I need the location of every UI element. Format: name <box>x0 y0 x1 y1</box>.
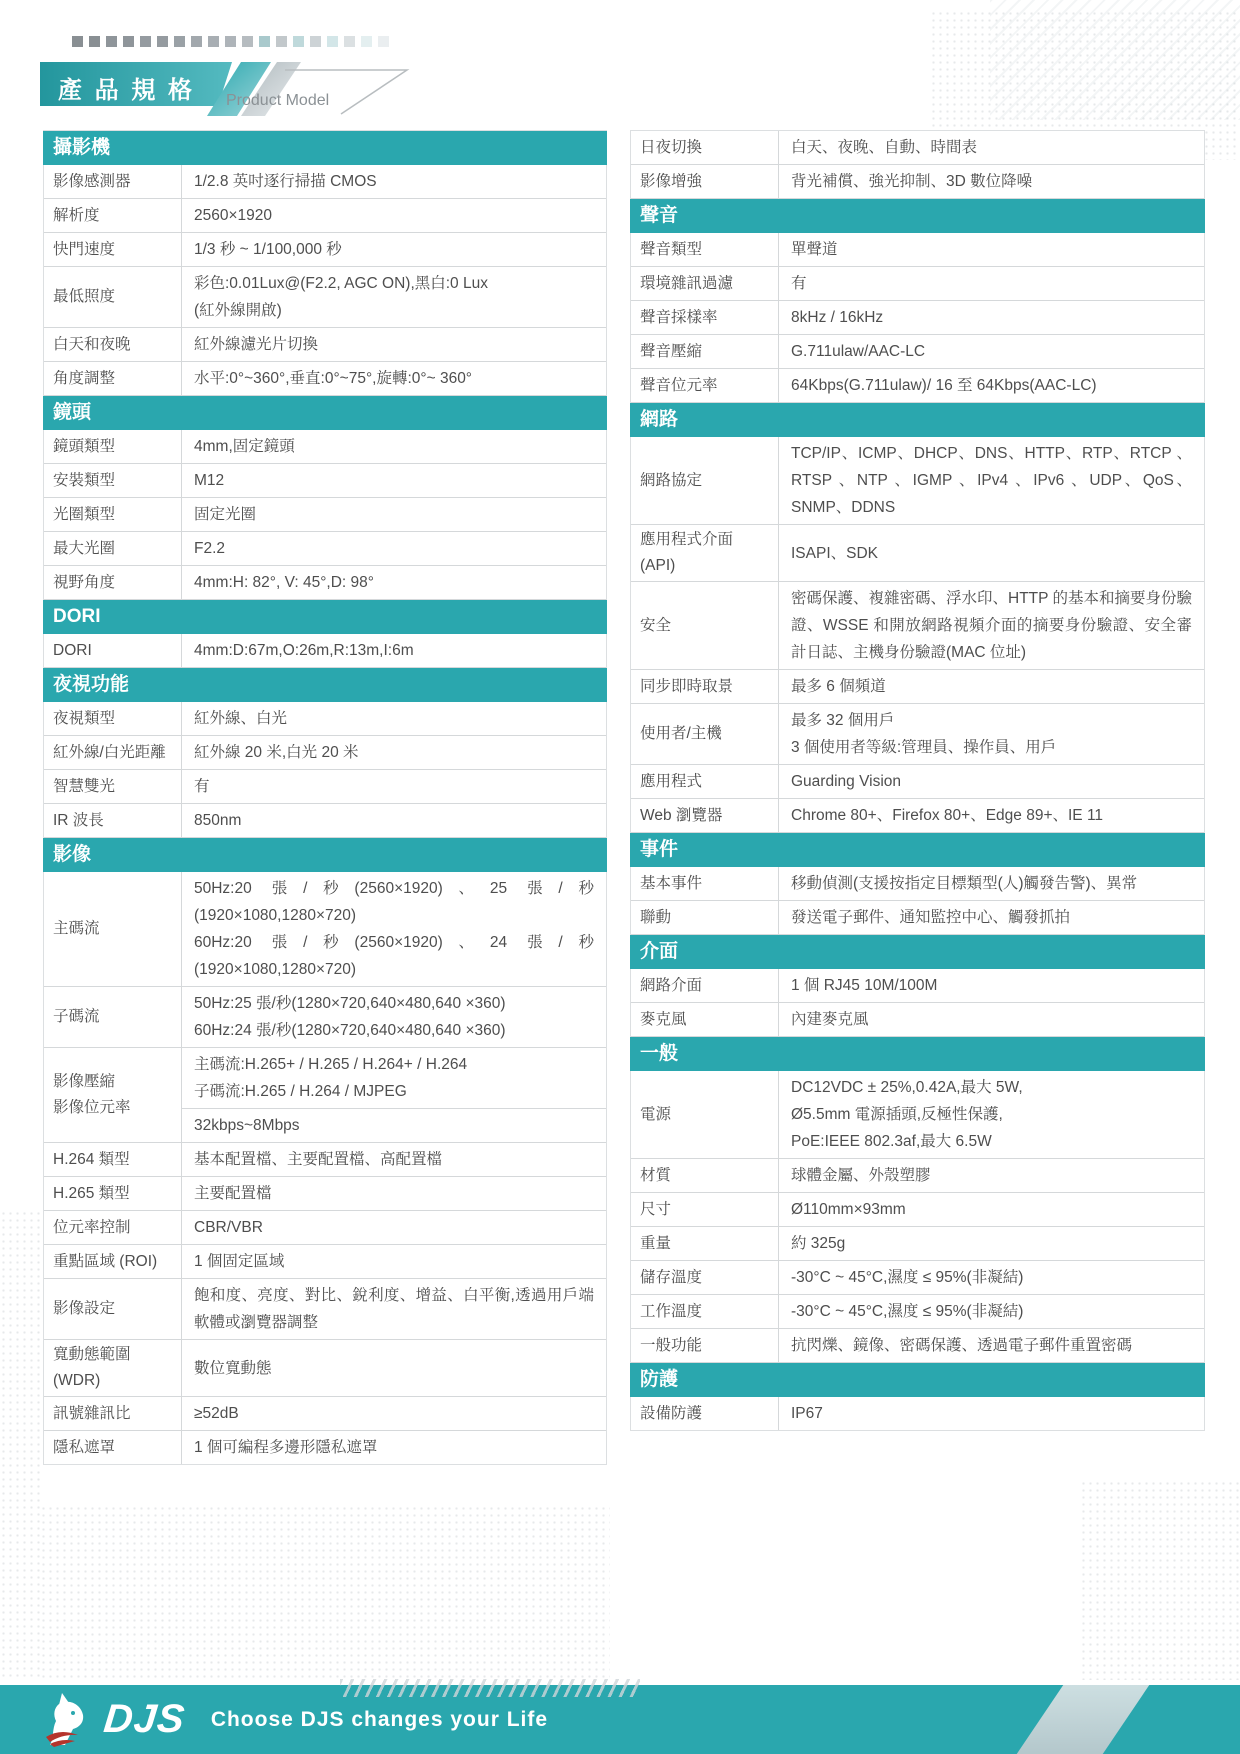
spec-label: 基本事件 <box>631 867 779 900</box>
spec-label: 應用程式 <box>631 765 779 798</box>
spec-sheet-page: 產 品 規 格 Product Model 攝影機影像感測器1/2.8 英吋逐行… <box>0 0 1240 1754</box>
spec-value: 1/2.8 英吋逐行掃描 CMOS <box>182 165 606 198</box>
spec-label: 解析度 <box>44 199 182 232</box>
spec-value: 白天、夜晚、自動、時間表 <box>779 131 1204 164</box>
spec-value-line: 固定光圈 <box>194 501 594 528</box>
spec-value-block: DC12VDC ± 25%,0.42A,最大 5W,Ø5.5mm 電源插頭,反極… <box>779 1071 1204 1158</box>
spec-value-block: 水平:0°~360°,垂直:0°~75°,旋轉:0°~ 360° <box>182 362 606 395</box>
spec-row: 子碼流50Hz:25 張/秒(1280×720,640×480,640 ×360… <box>44 987 606 1048</box>
section-header: DORI <box>43 600 607 634</box>
spec-value: 50Hz:25 張/秒(1280×720,640×480,640 ×360)60… <box>182 987 606 1047</box>
spec-value: DC12VDC ± 25%,0.42A,最大 5W,Ø5.5mm 電源插頭,反極… <box>779 1071 1204 1158</box>
spec-value-block: M12 <box>182 464 606 497</box>
section-header: 防護 <box>630 1363 1205 1397</box>
decor-square <box>378 36 389 47</box>
spec-row: 最大光圈F2.2 <box>44 532 606 566</box>
spec-row: 材質球體金屬、外殼塑膠 <box>631 1159 1204 1193</box>
spec-row: IR 波長850nm <box>44 804 606 838</box>
spec-value-line: 4mm,固定鏡頭 <box>194 433 594 460</box>
decor-square <box>157 36 168 47</box>
section-header: 攝影機 <box>43 131 607 165</box>
decor-square <box>327 36 338 47</box>
spec-label: 最大光圈 <box>44 532 182 565</box>
spec-label: 位元率控制 <box>44 1211 182 1244</box>
spec-value: 64Kbps(G.711ulaw)/ 16 至 64Kbps(AAC-LC) <box>779 369 1204 402</box>
spec-value-block: 密碼保護、複雜密碼、浮水印、HTTP 的基本和摘要身份驗證、WSSE 和開放網路… <box>779 582 1204 669</box>
spec-value: 有 <box>182 770 606 803</box>
spec-value-line: 彩色:0.01Lux@(F2.2, AGC ON),黑白:0 Lux <box>194 270 594 297</box>
spec-value-block: F2.2 <box>182 532 606 565</box>
spec-value: 1 個 RJ45 10M/100M <box>779 969 1204 1002</box>
decor-square <box>225 36 236 47</box>
spec-value-block: 有 <box>182 770 606 803</box>
spec-value-line: DC12VDC ± 25%,0.42A,最大 5W, <box>791 1074 1192 1101</box>
spec-label: 角度調整 <box>44 362 182 395</box>
spec-value-block: -30°C ~ 45°C,濕度 ≤ 95%(非凝結) <box>779 1261 1204 1294</box>
spec-value-line: 4mm:H: 82°, V: 45°,D: 98° <box>194 569 594 596</box>
spec-value-line: CBR/VBR <box>194 1214 594 1241</box>
spec-value-line: 主要配置檔 <box>194 1180 594 1207</box>
spec-value: 彩色:0.01Lux@(F2.2, AGC ON),黑白:0 Lux(紅外線開啟… <box>182 267 606 327</box>
spec-row: 寬動態範圍 (WDR)數位寬動態 <box>44 1340 606 1397</box>
decor-square <box>293 36 304 47</box>
spec-row: 設備防護IP67 <box>631 1397 1204 1430</box>
spec-value-line: TCP/IP、ICMP、DHCP、DNS、HTTP、RTP、RTCP 、RTSP… <box>791 440 1192 521</box>
spec-value-block: 紅外線濾光片切換 <box>182 328 606 361</box>
spec-label: 日夜切換 <box>631 131 779 164</box>
spec-value: 2560×1920 <box>182 199 606 232</box>
spec-label: 聲音壓縮 <box>631 335 779 368</box>
spec-row: 主碼流50Hz:20 張/秒(2560×1920)、25 張/秒(1920×10… <box>44 872 606 987</box>
spec-value-line: 1/2.8 英吋逐行掃描 CMOS <box>194 168 594 195</box>
spec-value-block: 64Kbps(G.711ulaw)/ 16 至 64Kbps(AAC-LC) <box>779 369 1204 402</box>
spec-row: 聯動發送電子郵件、通知監控中心、觸發抓拍 <box>631 901 1204 935</box>
spec-label: 鏡頭類型 <box>44 430 182 463</box>
spec-value-line: 飽和度、亮度、對比、銳利度、增益、白平衡,透過用戶端軟體或瀏覽器調整 <box>194 1282 594 1336</box>
spec-label: 工作溫度 <box>631 1295 779 1328</box>
spec-value-block: 有 <box>779 267 1204 300</box>
spec-label: 紅外線/白光距離 <box>44 736 182 769</box>
spec-value-line: 50Hz:25 張/秒(1280×720,640×480,640 ×360) <box>194 990 594 1017</box>
spec-value-line: 3 個使用者等級:管理員、操作員、用戶 <box>791 734 1192 761</box>
spec-value-block: CBR/VBR <box>182 1211 606 1244</box>
spec-value-block: Ø110mm×93mm <box>779 1193 1204 1226</box>
spec-row: 基本事件移動偵測(支援按指定目標類型(人)觸發告警)、異常 <box>631 867 1204 901</box>
spec-row: 視野角度4mm:H: 82°, V: 45°,D: 98° <box>44 566 606 600</box>
spec-label: 視野角度 <box>44 566 182 599</box>
spec-label: 影像感測器 <box>44 165 182 198</box>
spec-value-line: 發送電子郵件、通知監控中心、觸發抓拍 <box>791 904 1192 931</box>
spec-row: 日夜切換白天、夜晚、自動、時間表 <box>631 131 1204 165</box>
spec-value-block: 球體金屬、外殼塑膠 <box>779 1159 1204 1192</box>
spec-value-block: 8kHz / 16kHz <box>779 301 1204 334</box>
spec-label: 麥克風 <box>631 1003 779 1036</box>
spec-label: 白天和夜晚 <box>44 328 182 361</box>
spec-value: 密碼保護、複雜密碼、浮水印、HTTP 的基本和摘要身份驗證、WSSE 和開放網路… <box>779 582 1204 669</box>
spec-label: 聲音採樣率 <box>631 301 779 334</box>
spec-value-line: 紅外線 20 米,白光 20 米 <box>194 739 594 766</box>
section-header: 夜視功能 <box>43 668 607 702</box>
spec-label: 最低照度 <box>44 267 182 327</box>
spec-value-line: 數位寬動態 <box>194 1355 594 1382</box>
section-header: 影像 <box>43 838 607 872</box>
footer-band: DJS Choose DJS changes your Life <box>0 1685 1240 1754</box>
spec-label: 重量 <box>631 1227 779 1260</box>
djs-unicorn-logo-icon <box>42 1691 98 1749</box>
spec-value: 數位寬動態 <box>182 1340 606 1396</box>
spec-value: 4mm,固定鏡頭 <box>182 430 606 463</box>
spec-value-block: 發送電子郵件、通知監控中心、觸發抓拍 <box>779 901 1204 934</box>
spec-value-line: Chrome 80+、Firefox 80+、Edge 89+、IE 11 <box>791 802 1192 829</box>
spec-value: 單聲道 <box>779 233 1204 266</box>
spec-value-block: 1 個固定區域 <box>182 1245 606 1278</box>
spec-label: 聲音類型 <box>631 233 779 266</box>
spec-row: DORI4mm:D:67m,O:26m,R:13m,I:6m <box>44 634 606 668</box>
background-dot-pattern <box>1080 1480 1240 1680</box>
spec-row: H.265 類型主要配置檔 <box>44 1177 606 1211</box>
spec-value-line: 60Hz:20 張/秒(2560×1920)、24 張/秒(1920×1080,… <box>194 929 594 983</box>
spec-label: 快門速度 <box>44 233 182 266</box>
spec-value-block: 約 325g <box>779 1227 1204 1260</box>
spec-value: 1 個可編程多邊形隱私遮罩 <box>182 1431 606 1464</box>
spec-row: 智慧雙光有 <box>44 770 606 804</box>
spec-value: 基本配置檔、主要配置檔、高配置檔 <box>182 1143 606 1176</box>
decor-square <box>89 36 100 47</box>
spec-value-block: 主要配置檔 <box>182 1177 606 1210</box>
spec-value-block: Guarding Vision <box>779 765 1204 798</box>
spec-value-line: 球體金屬、外殼塑膠 <box>791 1162 1192 1189</box>
section-header: 網路 <box>630 403 1205 437</box>
spec-row: 聲音類型單聲道 <box>631 233 1204 267</box>
spec-value-line: ISAPI、SDK <box>791 540 1192 567</box>
spec-row: 使用者/主機最多 32 個用戶3 個使用者等級:管理員、操作員、用戶 <box>631 704 1204 765</box>
spec-row: 工作溫度-30°C ~ 45°C,濕度 ≤ 95%(非凝結) <box>631 1295 1204 1329</box>
spec-value-block: 1/3 秒 ~ 1/100,000 秒 <box>182 233 606 266</box>
spec-value-line: Guarding Vision <box>791 768 1192 795</box>
spec-value: G.711ulaw/AAC-LC <box>779 335 1204 368</box>
decor-square <box>242 36 253 47</box>
spec-value-block: 4mm:H: 82°, V: 45°,D: 98° <box>182 566 606 599</box>
spec-value-line: 有 <box>791 270 1192 297</box>
brand-wordmark: DJS <box>102 1697 188 1742</box>
spec-value-block: 50Hz:20 張/秒(2560×1920)、25 張/秒(1920×1080,… <box>182 872 606 986</box>
spec-row: 環境雜訊過濾有 <box>631 267 1204 301</box>
spec-value: 飽和度、亮度、對比、銳利度、增益、白平衡,透過用戶端軟體或瀏覽器調整 <box>182 1279 606 1339</box>
spec-value-line: 最多 6 個頻道 <box>791 673 1192 700</box>
spec-value-line: F2.2 <box>194 535 594 562</box>
spec-row: 麥克風內建麥克風 <box>631 1003 1204 1037</box>
spec-value-block: 基本配置檔、主要配置檔、高配置檔 <box>182 1143 606 1176</box>
background-dot-pattern <box>40 1505 610 1680</box>
spec-value-line: G.711ulaw/AAC-LC <box>791 338 1192 365</box>
spec-value: 50Hz:20 張/秒(2560×1920)、25 張/秒(1920×1080,… <box>182 872 606 986</box>
spec-value: 紅外線濾光片切換 <box>182 328 606 361</box>
spec-value-block: TCP/IP、ICMP、DHCP、DNS、HTTP、RTP、RTCP 、RTSP… <box>779 437 1204 524</box>
spec-value-block: 飽和度、亮度、對比、銳利度、增益、白平衡,透過用戶端軟體或瀏覽器調整 <box>182 1279 606 1339</box>
spec-row: 影像設定飽和度、亮度、對比、銳利度、增益、白平衡,透過用戶端軟體或瀏覽器調整 <box>44 1279 606 1340</box>
spec-value-line: 紅外線、白光 <box>194 705 594 732</box>
spec-row: 尺寸Ø110mm×93mm <box>631 1193 1204 1227</box>
spec-value-block: IP67 <box>779 1397 1204 1430</box>
decor-square <box>174 36 185 47</box>
spec-value-block: 單聲道 <box>779 233 1204 266</box>
spec-row: 重點區域 (ROI)1 個固定區域 <box>44 1245 606 1279</box>
spec-value-block: 4mm:D:67m,O:26m,R:13m,I:6m <box>182 634 606 667</box>
spec-value-line: 密碼保護、複雜密碼、浮水印、HTTP 的基本和摘要身份驗證、WSSE 和開放網路… <box>791 585 1192 666</box>
footer-tagline: Choose DJS changes your Life <box>211 1708 548 1732</box>
spec-value-line: 2560×1920 <box>194 202 594 229</box>
spec-row: 網路協定TCP/IP、ICMP、DHCP、DNS、HTTP、RTP、RTCP 、… <box>631 437 1204 525</box>
spec-label: 影像壓縮 影像位元率 <box>44 1048 182 1142</box>
spec-value: 紅外線、白光 <box>182 702 606 735</box>
spec-row: 訊號雜訊比≥52dB <box>44 1397 606 1431</box>
spec-value: TCP/IP、ICMP、DHCP、DNS、HTTP、RTP、RTCP 、RTSP… <box>779 437 1204 524</box>
spec-row: H.264 類型基本配置檔、主要配置檔、高配置檔 <box>44 1143 606 1177</box>
spec-value: 移動偵測(支援按指定目標類型(人)觸發告警)、異常 <box>779 867 1204 900</box>
decor-square <box>310 36 321 47</box>
spec-label: 安裝類型 <box>44 464 182 497</box>
spec-value-line: 背光補償、強光抑制、3D 數位降噪 <box>791 168 1192 195</box>
spec-value: 球體金屬、外殼塑膠 <box>779 1159 1204 1192</box>
spec-label: 聯動 <box>631 901 779 934</box>
spec-value-block: 最多 32 個用戶3 個使用者等級:管理員、操作員、用戶 <box>779 704 1204 764</box>
spec-value-line: 單聲道 <box>791 236 1192 263</box>
spec-label: 影像設定 <box>44 1279 182 1339</box>
spec-row: 解析度2560×1920 <box>44 199 606 233</box>
spec-value-line: ≥52dB <box>194 1400 594 1427</box>
footer-diagonal-decor <box>1017 1685 1150 1754</box>
spec-row: 聲音位元率64Kbps(G.711ulaw)/ 16 至 64Kbps(AAC-… <box>631 369 1204 403</box>
spec-value-line: (紅外線開啟) <box>194 297 594 324</box>
spec-value-block: 2560×1920 <box>182 199 606 232</box>
spec-label: 重點區域 (ROI) <box>44 1245 182 1278</box>
spec-label: IR 波長 <box>44 804 182 837</box>
spec-value: 固定光圈 <box>182 498 606 531</box>
spec-value: 抗閃爍、鏡像、密碼保護、透過電子郵件重置密碼 <box>779 1329 1204 1362</box>
spec-value: M12 <box>182 464 606 497</box>
spec-value: 內建麥克風 <box>779 1003 1204 1036</box>
spec-value-block: 移動偵測(支援按指定目標類型(人)觸發告警)、異常 <box>779 867 1204 900</box>
decor-square <box>208 36 219 47</box>
spec-value-line: IP67 <box>791 1400 1192 1427</box>
page-subtitle: Product Model <box>226 92 329 110</box>
spec-value: 4mm:H: 82°, V: 45°,D: 98° <box>182 566 606 599</box>
page-title: 產 品 規 格 <box>58 70 195 105</box>
spec-row: 電源DC12VDC ± 25%,0.42A,最大 5W,Ø5.5mm 電源插頭,… <box>631 1071 1204 1159</box>
spec-label: 寬動態範圍 (WDR) <box>44 1340 182 1396</box>
spec-value: 850nm <box>182 804 606 837</box>
spec-label: 安全 <box>631 582 779 669</box>
spec-row: 一般功能抗閃爍、鏡像、密碼保護、透過電子郵件重置密碼 <box>631 1329 1204 1363</box>
decor-square <box>106 36 117 47</box>
spec-value-line: M12 <box>194 467 594 494</box>
spec-value-line: 基本配置檔、主要配置檔、高配置檔 <box>194 1146 594 1173</box>
spec-value: 8kHz / 16kHz <box>779 301 1204 334</box>
spec-value-line: 1 個固定區域 <box>194 1248 594 1275</box>
spec-value: 1 個固定區域 <box>182 1245 606 1278</box>
section-header: 聲音 <box>630 199 1205 233</box>
spec-value: -30°C ~ 45°C,濕度 ≤ 95%(非凝結) <box>779 1261 1204 1294</box>
spec-label: 電源 <box>631 1071 779 1158</box>
spec-label: 隱私遮罩 <box>44 1431 182 1464</box>
spec-row: 安裝類型M12 <box>44 464 606 498</box>
spec-value: 約 325g <box>779 1227 1204 1260</box>
spec-column-left: 攝影機影像感測器1/2.8 英吋逐行掃描 CMOS解析度2560×1920快門速… <box>43 130 607 1465</box>
spec-value-line: 水平:0°~360°,垂直:0°~75°,旋轉:0°~ 360° <box>194 365 594 392</box>
spec-value-block: 1/2.8 英吋逐行掃描 CMOS <box>182 165 606 198</box>
spec-value: CBR/VBR <box>182 1211 606 1244</box>
spec-label: 應用程式介面 (API) <box>631 525 779 581</box>
spec-value-line: 32kbps~8Mbps <box>194 1112 594 1139</box>
spec-value-line: 移動偵測(支援按指定目標類型(人)觸發告警)、異常 <box>791 870 1192 897</box>
spec-value: 1/3 秒 ~ 1/100,000 秒 <box>182 233 606 266</box>
spec-value-line: 最多 32 個用戶 <box>791 707 1192 734</box>
decor-squares-row <box>72 36 389 47</box>
section-header: 事件 <box>630 833 1205 867</box>
spec-value-line: Ø110mm×93mm <box>791 1196 1192 1223</box>
spec-value-block: 1 個可編程多邊形隱私遮罩 <box>182 1431 606 1464</box>
spec-row: 儲存溫度-30°C ~ 45°C,濕度 ≤ 95%(非凝結) <box>631 1261 1204 1295</box>
background-wave-pattern <box>990 0 1240 120</box>
spec-row: 鏡頭類型4mm,固定鏡頭 <box>44 430 606 464</box>
spec-value-line: 1/3 秒 ~ 1/100,000 秒 <box>194 236 594 263</box>
decor-square <box>259 36 270 47</box>
spec-value-line: 有 <box>194 773 594 800</box>
spec-label: 網路協定 <box>631 437 779 524</box>
spec-value-block: 主碼流:H.265+ / H.265 / H.264+ / H.264子碼流:H… <box>182 1048 606 1108</box>
spec-value-block: 抗閃爍、鏡像、密碼保護、透過電子郵件重置密碼 <box>779 1329 1204 1362</box>
spec-value-block: Chrome 80+、Firefox 80+、Edge 89+、IE 11 <box>779 799 1204 832</box>
spec-label: 尺寸 <box>631 1193 779 1226</box>
spec-row: 位元率控制CBR/VBR <box>44 1211 606 1245</box>
spec-value-block: 數位寬動態 <box>182 1352 606 1385</box>
spec-value: 最多 32 個用戶3 個使用者等級:管理員、操作員、用戶 <box>779 704 1204 764</box>
spec-row: 應用程式Guarding Vision <box>631 765 1204 799</box>
spec-label: 儲存溫度 <box>631 1261 779 1294</box>
spec-value-line: 紅外線濾光片切換 <box>194 331 594 358</box>
spec-value-block: 紅外線 20 米,白光 20 米 <box>182 736 606 769</box>
spec-value: 主碼流:H.265+ / H.265 / H.264+ / H.264子碼流:H… <box>182 1048 606 1142</box>
spec-value-line: 約 325g <box>791 1230 1192 1257</box>
spec-label: 主碼流 <box>44 872 182 986</box>
spec-value-line: PoE:IEEE 802.3af,最大 6.5W <box>791 1128 1192 1155</box>
spec-value-line: 50Hz:20 張/秒(2560×1920)、25 張/秒(1920×1080,… <box>194 875 594 929</box>
spec-label: 夜視類型 <box>44 702 182 735</box>
background-dot-pattern <box>0 1210 42 1680</box>
decor-square <box>276 36 287 47</box>
spec-row: 光圈類型固定光圈 <box>44 498 606 532</box>
decor-square <box>361 36 372 47</box>
spec-value-line: 1 個可編程多邊形隱私遮罩 <box>194 1434 594 1461</box>
spec-label: 智慧雙光 <box>44 770 182 803</box>
spec-value: Guarding Vision <box>779 765 1204 798</box>
spec-value: Ø110mm×93mm <box>779 1193 1204 1226</box>
decor-square <box>72 36 83 47</box>
spec-row: 最低照度彩色:0.01Lux@(F2.2, AGC ON),黑白:0 Lux(紅… <box>44 267 606 328</box>
spec-value-block: 4mm,固定鏡頭 <box>182 430 606 463</box>
spec-label: 子碼流 <box>44 987 182 1047</box>
spec-label: 環境雜訊過濾 <box>631 267 779 300</box>
spec-value-block: ≥52dB <box>182 1397 606 1430</box>
spec-value-block: 1 個 RJ45 10M/100M <box>779 969 1204 1002</box>
spec-value-line: 850nm <box>194 807 594 834</box>
spec-row: 網路介面1 個 RJ45 10M/100M <box>631 969 1204 1003</box>
spec-value: F2.2 <box>182 532 606 565</box>
spec-value-block: 最多 6 個頻道 <box>779 670 1204 703</box>
spec-row: Web 瀏覽器Chrome 80+、Firefox 80+、Edge 89+、I… <box>631 799 1204 833</box>
spec-label: 訊號雜訊比 <box>44 1397 182 1430</box>
spec-row: 聲音壓縮G.711ulaw/AAC-LC <box>631 335 1204 369</box>
spec-value-line: 抗閃爍、鏡像、密碼保護、透過電子郵件重置密碼 <box>791 1332 1192 1359</box>
spec-value-line: -30°C ~ 45°C,濕度 ≤ 95%(非凝結) <box>791 1264 1192 1291</box>
spec-label: 設備防護 <box>631 1397 779 1430</box>
spec-row: 隱私遮罩1 個可編程多邊形隱私遮罩 <box>44 1431 606 1464</box>
spec-row: 快門速度1/3 秒 ~ 1/100,000 秒 <box>44 233 606 267</box>
spec-value-line: 1 個 RJ45 10M/100M <box>791 972 1192 999</box>
spec-value-block: 固定光圈 <box>182 498 606 531</box>
spec-value-block: 50Hz:25 張/秒(1280×720,640×480,640 ×360)60… <box>182 987 606 1047</box>
spec-value-block: -30°C ~ 45°C,濕度 ≤ 95%(非凝結) <box>779 1295 1204 1328</box>
spec-label: 聲音位元率 <box>631 369 779 402</box>
spec-row: 重量約 325g <box>631 1227 1204 1261</box>
spec-value: 有 <box>779 267 1204 300</box>
spec-row: 紅外線/白光距離紅外線 20 米,白光 20 米 <box>44 736 606 770</box>
spec-value-line: 內建麥克風 <box>791 1006 1192 1033</box>
spec-label: 一般功能 <box>631 1329 779 1362</box>
spec-value: -30°C ~ 45°C,濕度 ≤ 95%(非凝結) <box>779 1295 1204 1328</box>
spec-value-line: 64Kbps(G.711ulaw)/ 16 至 64Kbps(AAC-LC) <box>791 372 1192 399</box>
spec-value-line: 白天、夜晚、自動、時間表 <box>791 134 1192 161</box>
decor-square <box>140 36 151 47</box>
spec-row: 角度調整水平:0°~360°,垂直:0°~75°,旋轉:0°~ 360° <box>44 362 606 396</box>
spec-row: 白天和夜晚紅外線濾光片切換 <box>44 328 606 362</box>
spec-label: H.265 類型 <box>44 1177 182 1210</box>
spec-label: DORI <box>44 634 182 667</box>
section-header: 介面 <box>630 935 1205 969</box>
spec-value-block: 彩色:0.01Lux@(F2.2, AGC ON),黑白:0 Lux(紅外線開啟… <box>182 267 606 327</box>
spec-value: ISAPI、SDK <box>779 525 1204 581</box>
spec-value: 最多 6 個頻道 <box>779 670 1204 703</box>
spec-row: 安全密碼保護、複雜密碼、浮水印、HTTP 的基本和摘要身份驗證、WSSE 和開放… <box>631 582 1204 670</box>
spec-value-line: 子碼流:H.265 / H.264 / MJPEG <box>194 1078 594 1105</box>
spec-value-line: -30°C ~ 45°C,濕度 ≤ 95%(非凝結) <box>791 1298 1192 1325</box>
spec-value-block: G.711ulaw/AAC-LC <box>779 335 1204 368</box>
spec-label: H.264 類型 <box>44 1143 182 1176</box>
spec-row: 影像壓縮 影像位元率主碼流:H.265+ / H.265 / H.264+ / … <box>44 1048 606 1143</box>
spec-value-block: 內建麥克風 <box>779 1003 1204 1036</box>
spec-label: 影像增強 <box>631 165 779 198</box>
spec-value-line: 主碼流:H.265+ / H.265 / H.264+ / H.264 <box>194 1051 594 1078</box>
spec-value: 4mm:D:67m,O:26m,R:13m,I:6m <box>182 634 606 667</box>
spec-label: 光圈類型 <box>44 498 182 531</box>
spec-value: IP67 <box>779 1397 1204 1430</box>
spec-value-block: 紅外線、白光 <box>182 702 606 735</box>
spec-label: Web 瀏覽器 <box>631 799 779 832</box>
spec-row: 夜視類型紅外線、白光 <box>44 702 606 736</box>
spec-value-block: 背光補償、強光抑制、3D 數位降噪 <box>779 165 1204 198</box>
spec-label: 同步即時取景 <box>631 670 779 703</box>
spec-value-block: 850nm <box>182 804 606 837</box>
spec-value-line: Ø5.5mm 電源插頭,反極性保護, <box>791 1101 1192 1128</box>
spec-value: Chrome 80+、Firefox 80+、Edge 89+、IE 11 <box>779 799 1204 832</box>
spec-value-line: 60Hz:24 張/秒(1280×720,640×480,640 ×360) <box>194 1017 594 1044</box>
decor-square <box>344 36 355 47</box>
footer-hatch-decor <box>340 1679 640 1697</box>
spec-value: ≥52dB <box>182 1397 606 1430</box>
spec-row: 應用程式介面 (API)ISAPI、SDK <box>631 525 1204 582</box>
spec-value: 水平:0°~360°,垂直:0°~75°,旋轉:0°~ 360° <box>182 362 606 395</box>
spec-row: 同步即時取景最多 6 個頻道 <box>631 670 1204 704</box>
